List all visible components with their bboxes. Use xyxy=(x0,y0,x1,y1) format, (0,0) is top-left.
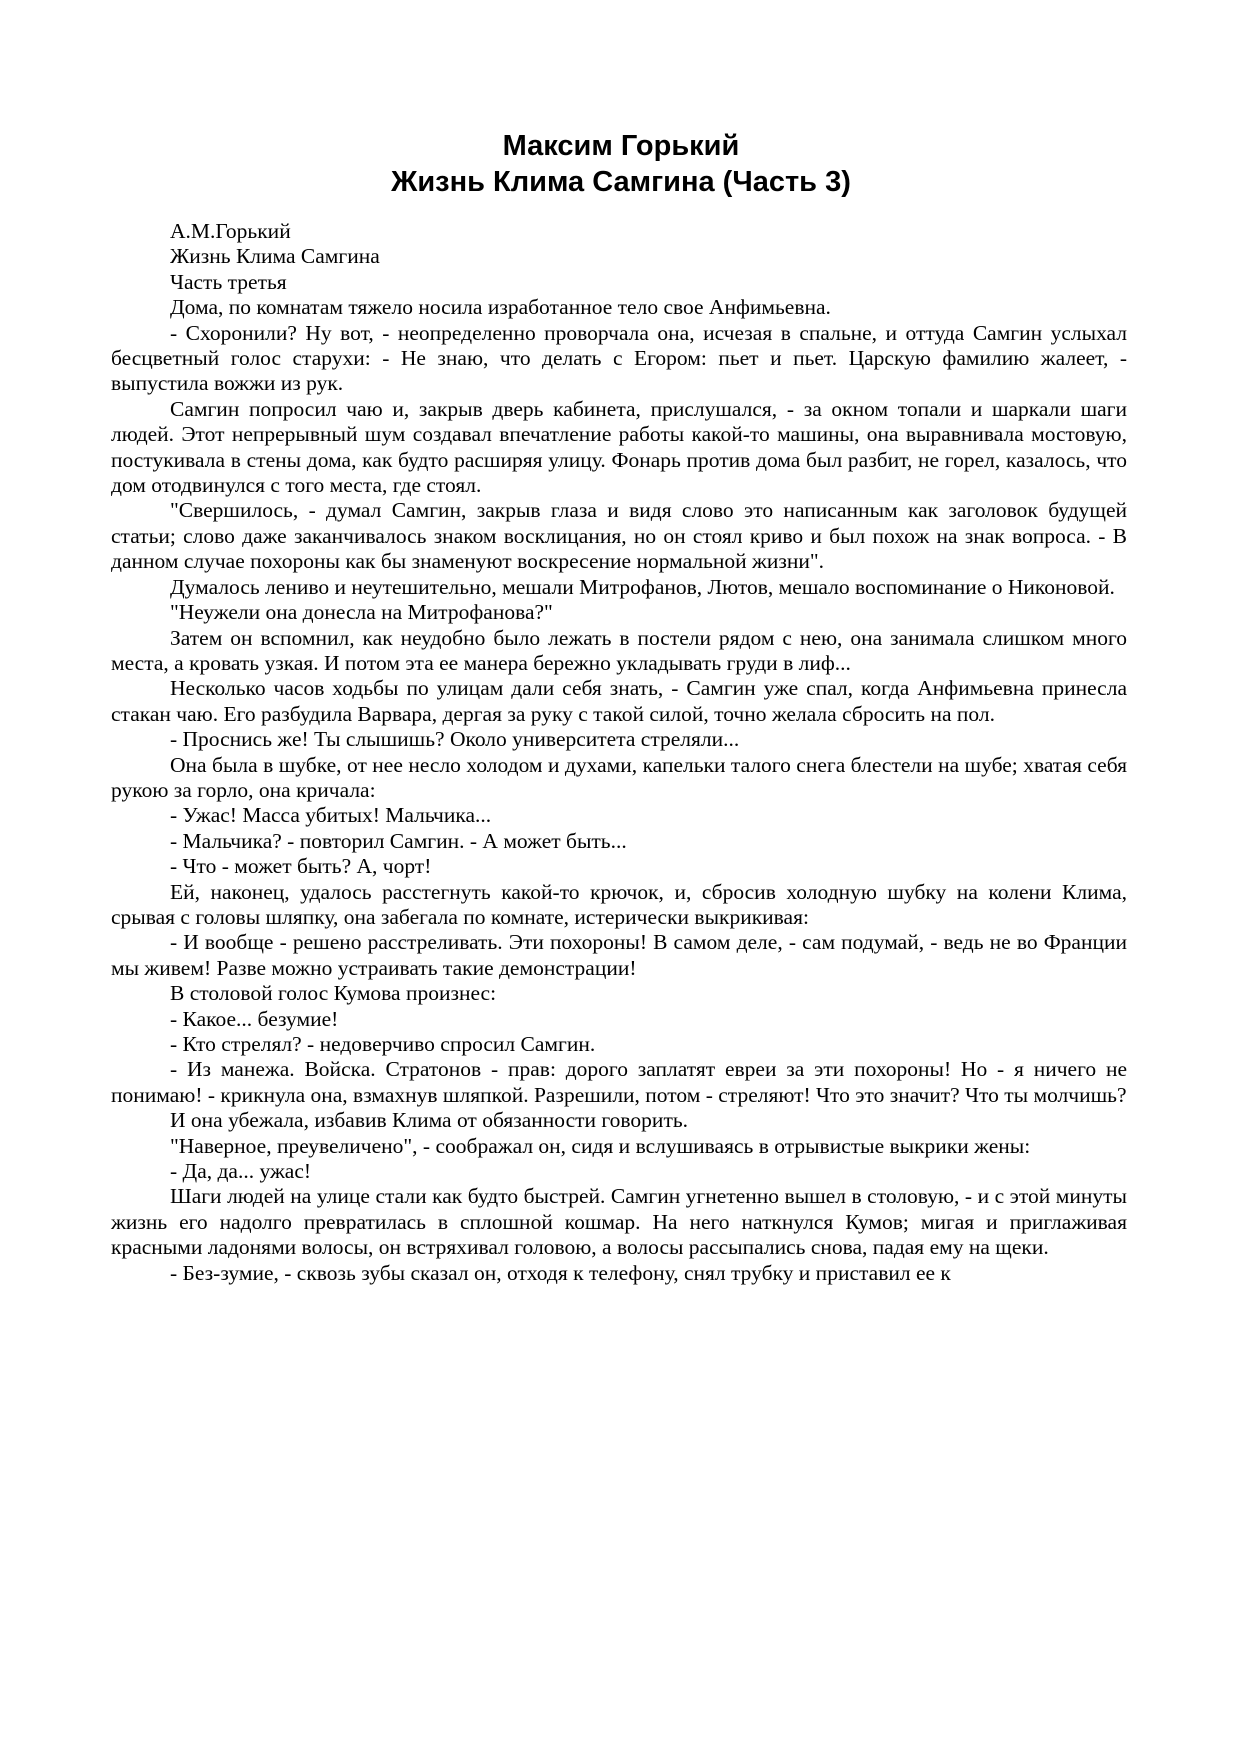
paragraph: - Какое... безумие! xyxy=(111,1007,1127,1032)
paragraph: Шаги людей на улице стали как будто быст… xyxy=(111,1184,1127,1260)
document-page: Максим Горький Жизнь Клима Самгина (Част… xyxy=(0,0,1242,1755)
paragraph: - И вообще - решено расстреливать. Эти п… xyxy=(111,930,1127,981)
paragraph: - Схоронили? Ну вот, - неопределенно про… xyxy=(111,321,1127,397)
paragraph: Дома, по комнатам тяжело носила изработа… xyxy=(111,295,1127,320)
paragraph: Ей, наконец, удалось расстегнуть какой-т… xyxy=(111,880,1127,931)
paragraph: В столовой голос Кумова произнес: xyxy=(111,981,1127,1006)
paragraph: - Ужас! Масса убитых! Мальчика... xyxy=(111,803,1127,828)
author-name: Максим Горький xyxy=(0,128,1242,164)
paragraph: - Да, да... ужас! xyxy=(111,1159,1127,1184)
paragraph: - Мальчика? - повторил Самгин. - А может… xyxy=(111,829,1127,854)
paragraph: Затем он вспомнил, как неудобно было леж… xyxy=(111,626,1127,677)
paragraph: "Наверное, преувеличено", - соображал он… xyxy=(111,1134,1127,1159)
paragraph: А.М.Горький xyxy=(111,219,1127,244)
paragraph: Самгин попросил чаю и, закрыв дверь каби… xyxy=(111,397,1127,499)
paragraph: - Что - может быть? А, чорт! xyxy=(111,854,1127,879)
paragraph: - Кто стрелял? - недоверчиво спросил Сам… xyxy=(111,1032,1127,1057)
paragraph: "Неужели она донесла на Митрофанова?" xyxy=(111,600,1127,625)
document-body: А.М.Горький Жизнь Клима Самгина Часть тр… xyxy=(111,219,1127,1286)
paragraph: И она убежала, избавив Клима от обязанно… xyxy=(111,1108,1127,1133)
paragraph: "Свершилось, - думал Самгин, закрыв глаз… xyxy=(111,498,1127,574)
book-title: Жизнь Клима Самгина (Часть 3) xyxy=(0,164,1242,200)
paragraph: - Без-зумие, - сквозь зубы сказал он, от… xyxy=(111,1261,1127,1286)
paragraph: Жизнь Клима Самгина xyxy=(111,244,1127,269)
paragraph: Думалось лениво и неутешительно, мешали … xyxy=(111,575,1127,600)
document-title: Максим Горький Жизнь Клима Самгина (Част… xyxy=(0,128,1242,200)
paragraph: Она была в шубке, от нее несло холодом и… xyxy=(111,753,1127,804)
paragraph: Часть третья xyxy=(111,270,1127,295)
paragraph: Несколько часов ходьбы по улицам дали се… xyxy=(111,676,1127,727)
paragraph: - Из манежа. Войска. Стратонов - прав: д… xyxy=(111,1057,1127,1108)
paragraph: - Проснись же! Ты слышишь? Около универс… xyxy=(111,727,1127,752)
